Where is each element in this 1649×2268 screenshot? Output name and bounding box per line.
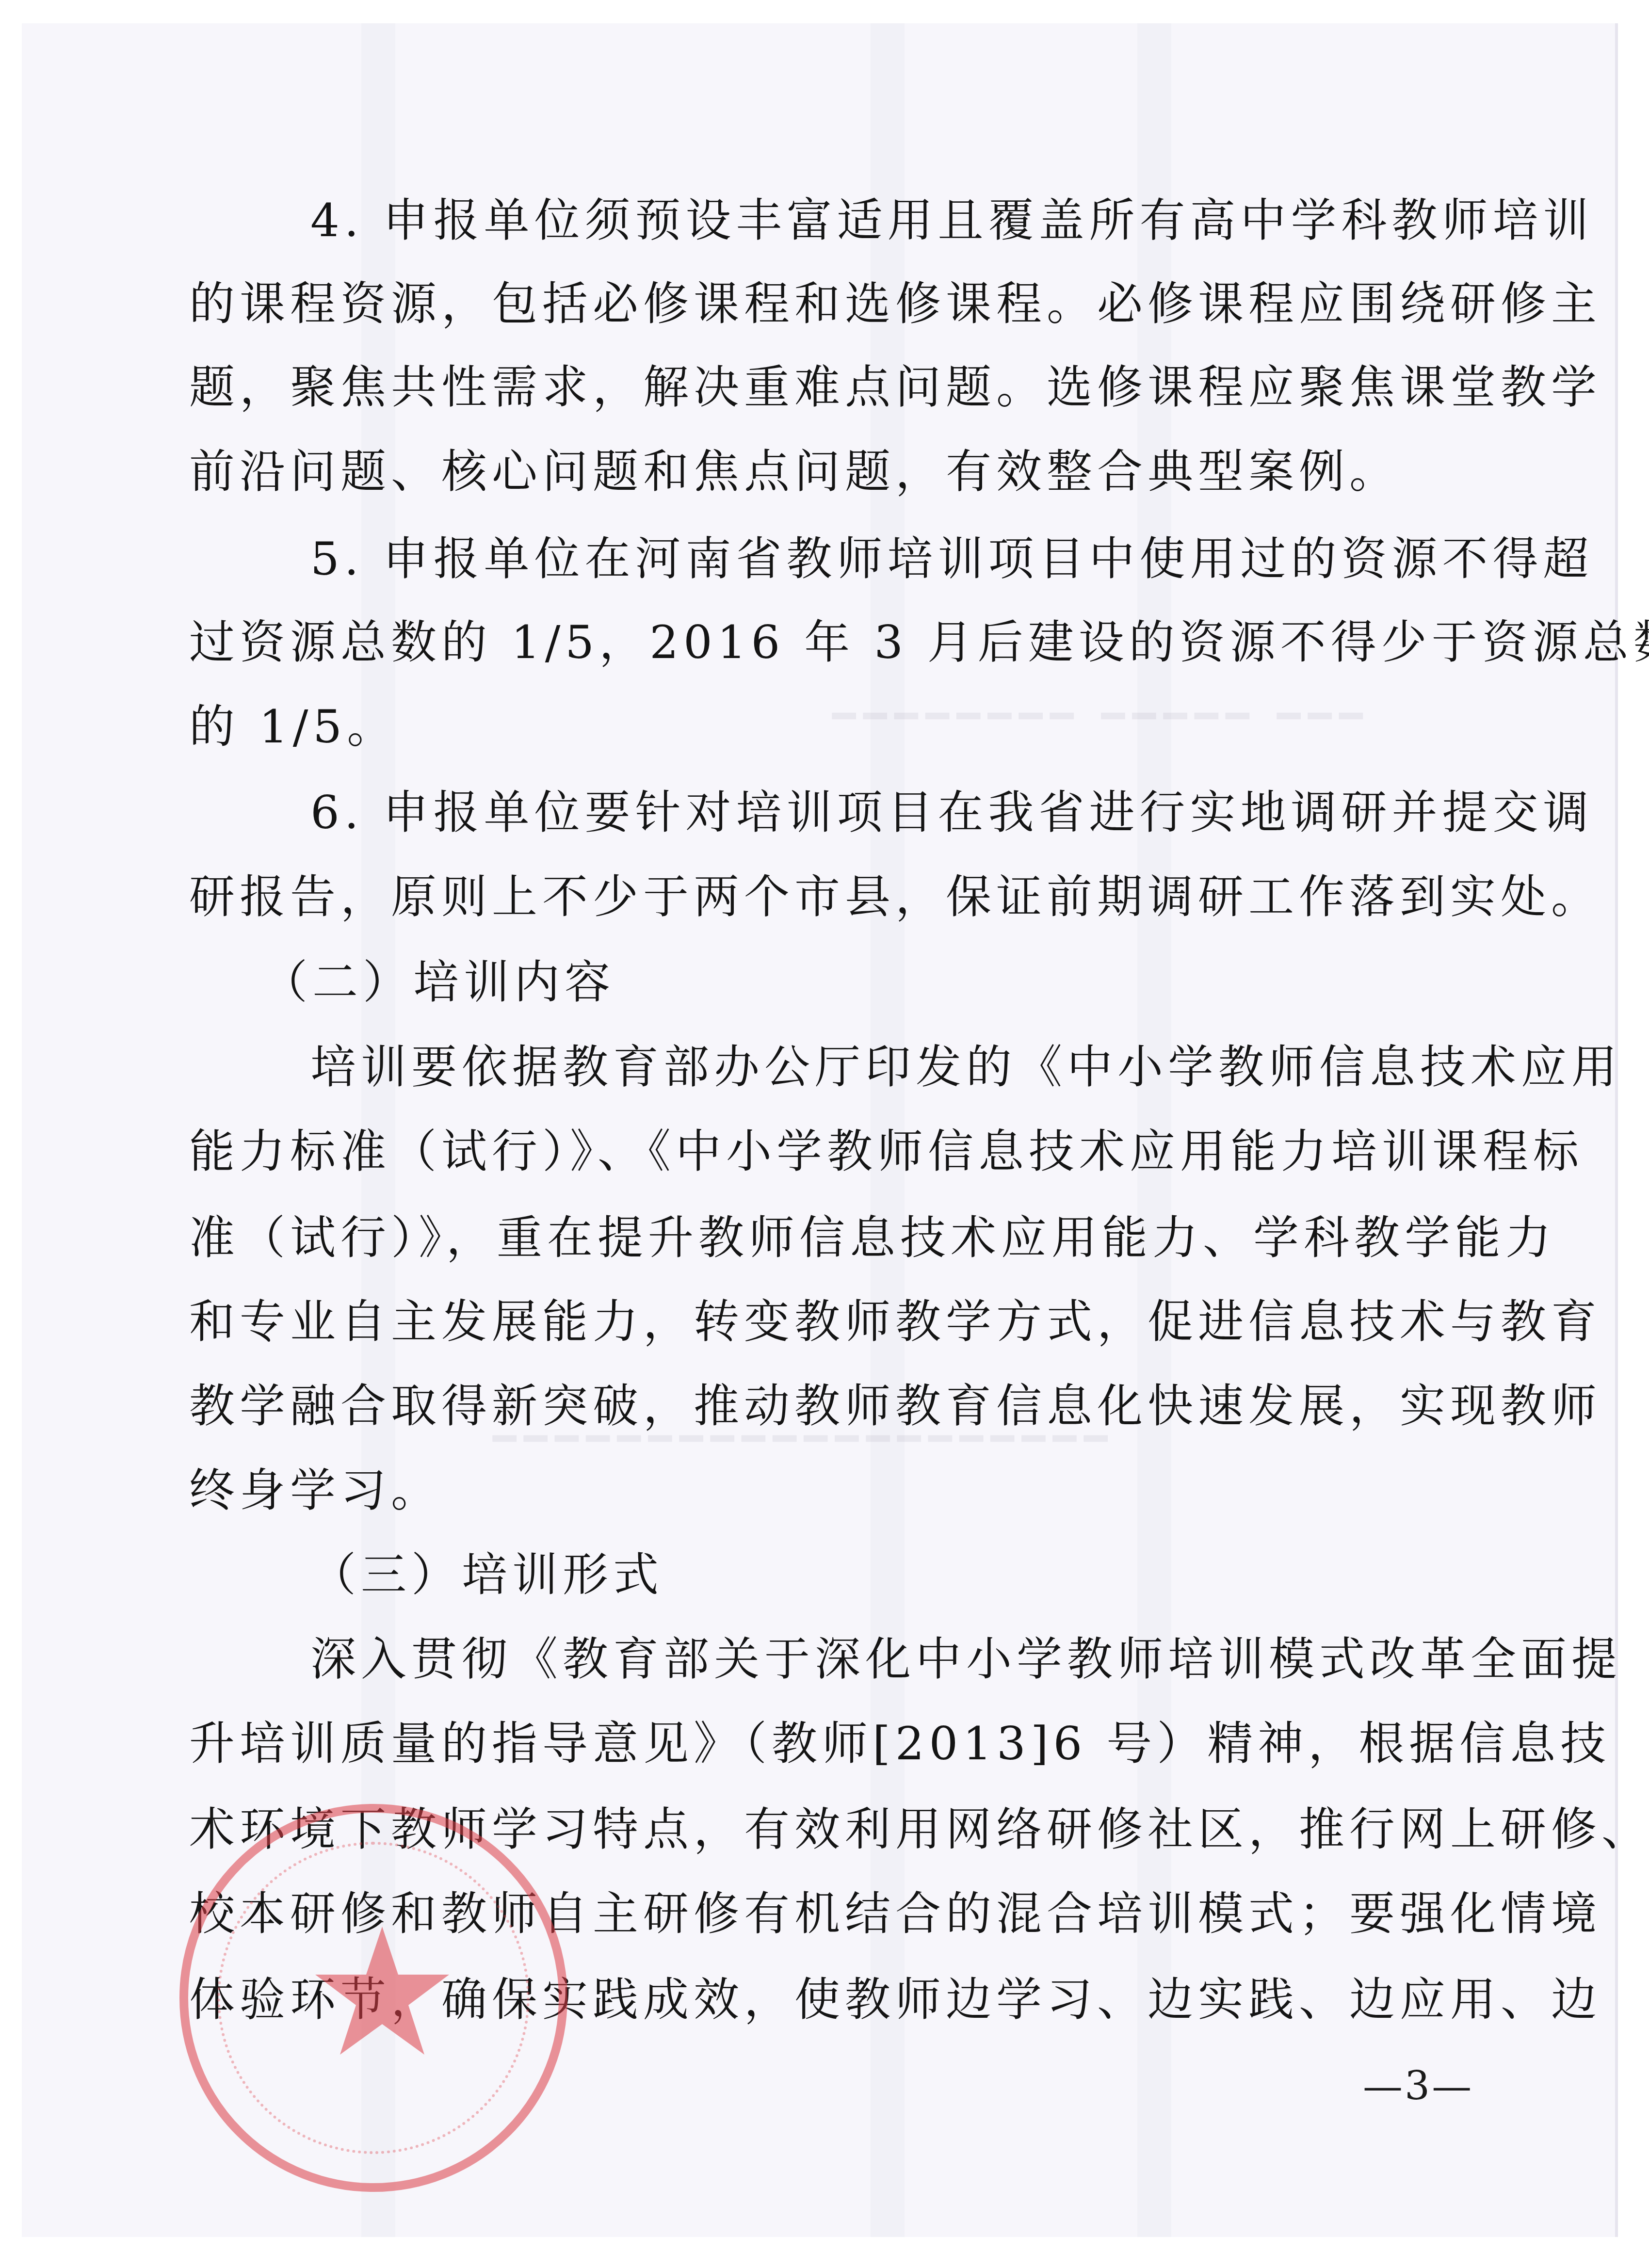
- text-line: 5. 申报单位在河南省教师培训项目中使用过的资源不得超: [310, 531, 1419, 589]
- text-line: 教学融合取得新突破，推动教师教育信息化快速发展，实现教师: [189, 1378, 1419, 1436]
- text-line: 升培训质量的指导意见》（教师[2013]6 号）精神，根据信息技: [189, 1715, 1419, 1773]
- text-line: 校本研修和教师自主研修有机结合的混合培训模式；要强化情境: [189, 1885, 1419, 1944]
- text-line: 终身学习。: [189, 1462, 1419, 1520]
- text-line: 术环境下教师学习特点，有效利用网络研修社区，推行网上研修、: [189, 1801, 1419, 1859]
- text-line: 的 1/5。: [189, 698, 1419, 756]
- text-line: 深入贯彻《教育部关于深化中小学教师培训模式改革全面提: [310, 1631, 1419, 1689]
- text-line: 体验环节，确保实践成效，使教师边学习、边实践、边应用、边: [189, 1971, 1419, 2029]
- text-line: 的课程资源，包括必修课程和选修课程。必修课程应围绕研修主: [189, 275, 1419, 334]
- text-line: 题，聚焦共性需求，解决重难点问题。选修课程应聚焦课堂教学: [189, 359, 1419, 417]
- text-line: 6. 申报单位要针对培训项目在我省进行实地调研并提交调: [310, 784, 1419, 842]
- section-heading-content: （二）培训内容: [262, 954, 844, 1012]
- text-line: 准（试行）》，重在提升教师信息技术应用能力、学科教学能力: [189, 1209, 1419, 1268]
- text-line: 培训要依据教育部办公厅印发的《中小学教师信息技术应用: [310, 1039, 1419, 1097]
- section-heading-format: （三）培训形式: [310, 1546, 892, 1605]
- text-line: 研报告，原则上不少于两个市县，保证前期调研工作落到实处。: [189, 869, 1419, 927]
- page-number: —3—: [1363, 2063, 1473, 2109]
- text-line: 过资源总数的 1/5，2016 年 3 月后建设的资源不得少于资源总数: [189, 614, 1419, 672]
- text-line: 前沿问题、核心问题和焦点问题，有效整合典型案例。: [189, 443, 1419, 501]
- text-line: 能力标准（试行）》、《中小学教师信息技术应用能力培训课程标: [189, 1123, 1419, 1181]
- text-line: 和专业自主发展能力，转变教师教学方式，促进信息技术与教育: [189, 1293, 1419, 1351]
- text-line: 4. 申报单位须预设丰富适用且覆盖所有高中学科教师培训: [310, 192, 1419, 250]
